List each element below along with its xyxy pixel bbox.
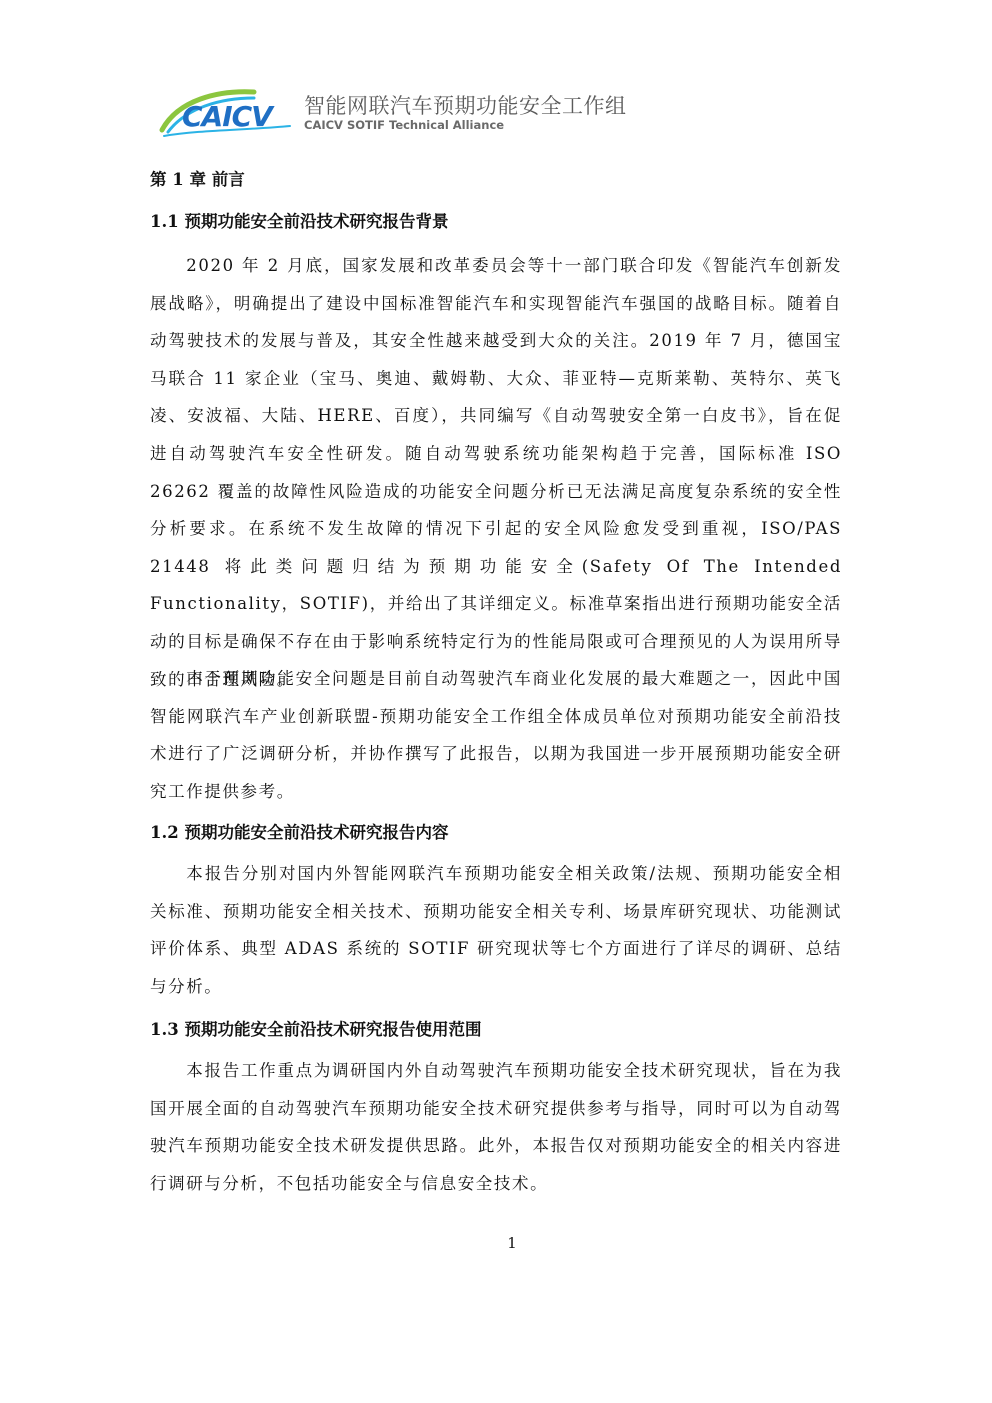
- org-name-cn: 智能网联汽车预期功能安全工作组: [304, 90, 627, 120]
- page-number: 1: [0, 1234, 992, 1252]
- caicv-logo-icon: CAICV: [158, 86, 298, 138]
- paragraph-scope: 本报告工作重点为调研国内外自动驾驶汽车预期功能安全技术研究现状，旨在为我国开展全…: [150, 1052, 842, 1202]
- paragraph-content: 本报告分别对国内外智能网联汽车预期功能安全相关政策/法规、预期功能安全相关标准、…: [150, 855, 842, 1005]
- svg-text:CAICV: CAICV: [182, 100, 275, 133]
- document-page: CAICV 智能网联汽车预期功能安全工作组 CAICV SOTIF Techni…: [0, 0, 992, 1403]
- section-title-1-1: 1.1 预期功能安全前沿技术研究报告背景: [150, 208, 448, 236]
- section-title-1-3: 1.3 预期功能安全前沿技术研究报告使用范围: [150, 1016, 481, 1044]
- paragraph-background-1: 2020 年 2 月底，国家发展和改革委员会等十一部门联合印发《智能汽车创新发展…: [150, 247, 842, 698]
- chapter-title: 第 1 章 前言: [150, 166, 245, 194]
- section-title-1-2: 1.2 预期功能安全前沿技术研究报告内容: [150, 819, 448, 847]
- org-name-en: CAICV SOTIF Technical Alliance: [304, 118, 504, 132]
- paragraph-background-2: 由于预期功能安全问题是目前自动驾驶汽车商业化发展的最大难题之一，因此中国智能网联…: [150, 660, 842, 810]
- page-header: CAICV 智能网联汽车预期功能安全工作组 CAICV SOTIF Techni…: [158, 86, 618, 138]
